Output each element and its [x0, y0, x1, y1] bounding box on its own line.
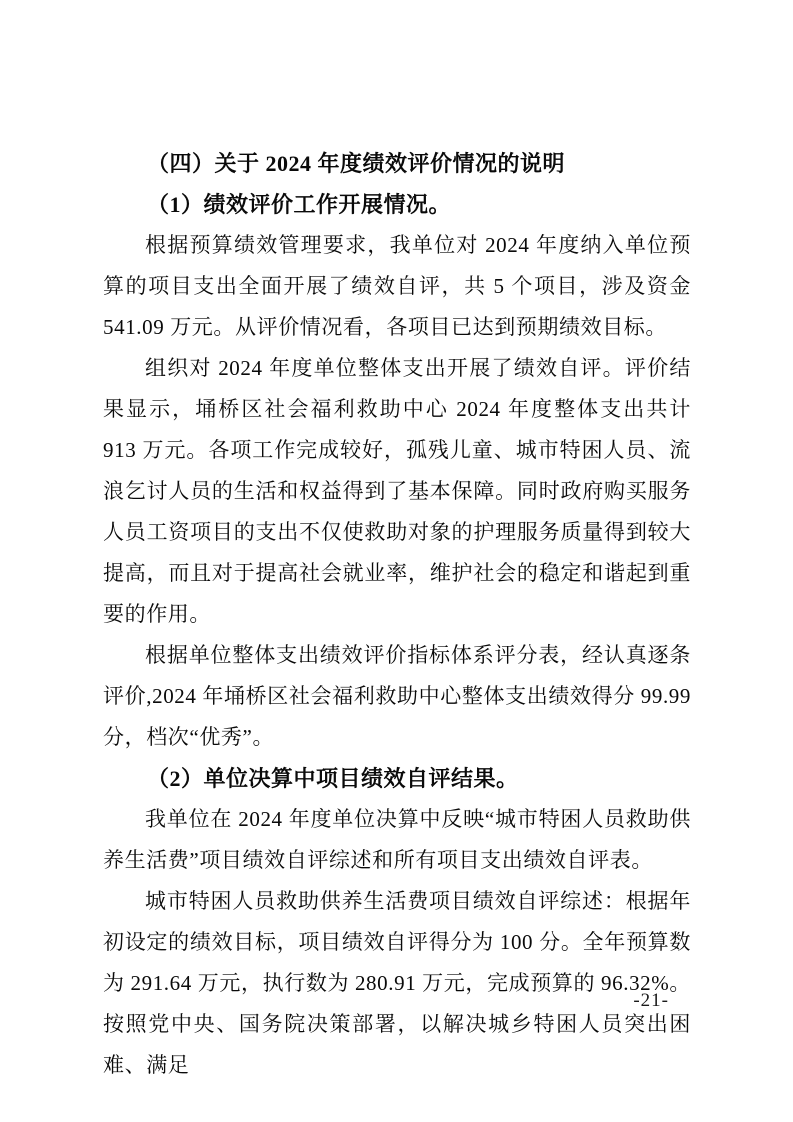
document-body: （四）关于 2024 年度绩效评价情况的说明 （1）绩效评价工作开展情况。 根据…: [103, 143, 691, 1086]
paragraph-final-accounts: 我单位在 2024 年度单位决算中反映“城市特困人员救助供养生活费”项目绩效自评…: [103, 799, 691, 881]
paragraph-score-result: 根据单位整体支出绩效评价指标体系评分表，经认真逐条评价,2024 年埇桥区社会福…: [103, 635, 691, 758]
paragraph-project-self-eval: 根据预算绩效管理要求，我单位对 2024 年度纳入单位预算的项目支出全面开展了绩…: [103, 225, 691, 348]
section-heading-4: （四）关于 2024 年度绩效评价情况的说明: [103, 143, 691, 184]
subsection-heading-2: （2）单位决算中项目绩效自评结果。: [103, 758, 691, 799]
subsection-heading-1: （1）绩效评价工作开展情况。: [103, 184, 691, 225]
document-page: （四）关于 2024 年度绩效评价情况的说明 （1）绩效评价工作开展情况。 根据…: [0, 0, 793, 1122]
paragraph-subsistence-project-summary: 城市特困人员救助供养生活费项目绩效自评综述：根据年初设定的绩效目标，项目绩效自评…: [103, 881, 691, 1086]
page-number: -21-: [633, 990, 669, 1012]
paragraph-overall-expenditure-eval: 组织对 2024 年度单位整体支出开展了绩效自评。评价结果显示，埇桥区社会福利救…: [103, 348, 691, 635]
